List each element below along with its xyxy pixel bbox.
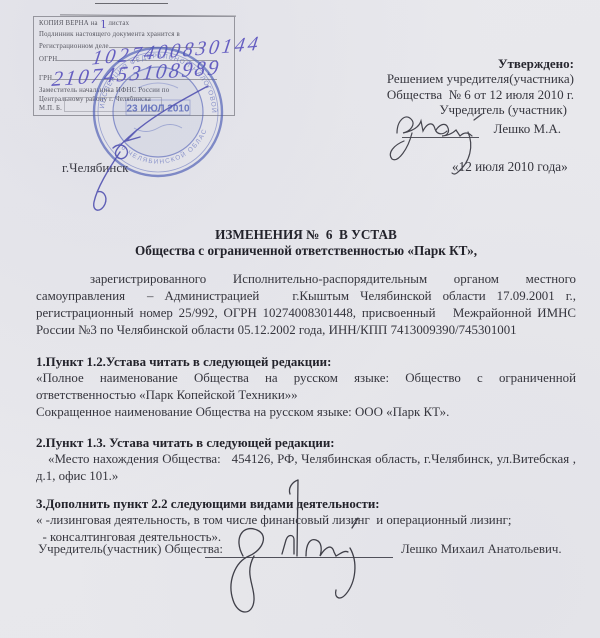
section-3-body-1: « -лизинговая деятельность, в том числе …	[36, 512, 576, 529]
approved-label: Утверждено:	[387, 56, 574, 71]
approval-number-date-line: Общества № 6 от 12 июля 2010 г.	[387, 87, 574, 102]
section-1-body-1: «Полное наименование Общества на русском…	[36, 370, 576, 404]
section-2-body-1: «Место нахождения Общества: 454126, РФ, …	[36, 451, 576, 485]
scanned-document-page: { "stamp_box": { "copy_line_prefix": "КО…	[0, 0, 600, 638]
section-1-body-2: Сокращенное наименование Общества на рус…	[36, 404, 576, 421]
ogrn-label: ОГРН	[39, 56, 57, 63]
registration-paragraph: зарегистрированного Исполнительно-распор…	[36, 271, 576, 339]
footer-founder-label: Учредитель(участник) Общества:	[38, 542, 223, 557]
section-2-heading: 2.Пункт 1.3. Устава читать в следующей р…	[36, 435, 576, 451]
section-3-heading: 3.Дополнить пункт 2.2 следующими видами …	[36, 496, 576, 512]
sheets-count-handwritten: 1	[99, 20, 107, 27]
scan-artifact-line-top	[95, 3, 168, 4]
copy-verified-line: КОПИЯ ВЕРНА на1листах	[39, 20, 229, 28]
stamp-center-date: 23 ИЮЛ 2010	[126, 104, 190, 115]
footer-signature-line	[205, 557, 393, 558]
grn-label: ГРН	[39, 75, 52, 82]
copy-line-prefix: КОПИЯ ВЕРНА на	[39, 20, 98, 27]
document-body: ИЗМЕНЕНИЯ № 6 В УСТАВ Общества с огранич…	[36, 227, 576, 546]
approval-founder-line: Учредитель (участник)	[387, 102, 574, 117]
approval-signature-underline	[402, 137, 479, 138]
footer-signer-name: Лешко Михаил Анатольевич.	[401, 542, 562, 557]
approval-signer-name: Лешко М.А.	[387, 121, 574, 136]
approval-resolution-line: Решением учредителя(участника)	[387, 71, 574, 86]
city-label: г.Челябинск	[62, 160, 128, 176]
document-title-line2: Общества с ограниченной ответственностью…	[36, 243, 576, 259]
approval-block: Утверждено: Решением учредителя(участник…	[387, 56, 574, 136]
document-title-line1: ИЗМЕНЕНИЯ № 6 В УСТАВ	[36, 227, 576, 243]
date-quote: «12 июля 2010 года»	[452, 159, 568, 175]
section-1-heading: 1.Пункт 1.2.Устава читать в следующей ре…	[36, 354, 576, 370]
copy-line-suffix: листах	[108, 20, 129, 27]
